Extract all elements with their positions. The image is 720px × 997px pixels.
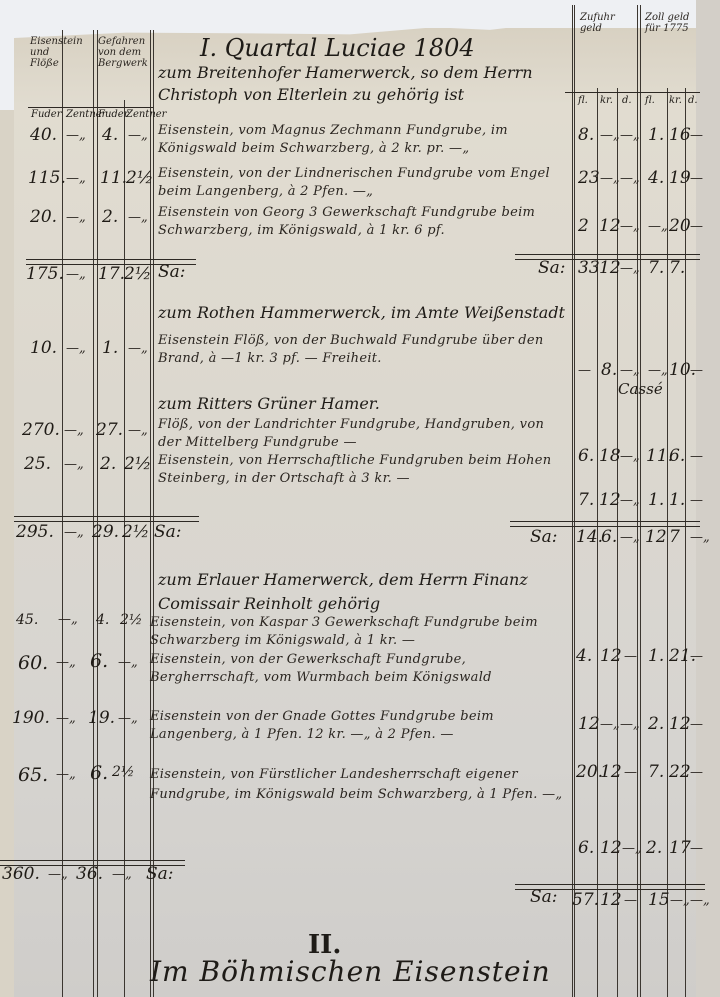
toll-fl: 4. xyxy=(648,168,664,188)
toll-kr: 20 xyxy=(669,216,691,236)
toll-d: — xyxy=(690,171,703,186)
carried-fuder: 11. xyxy=(100,168,127,188)
total-amount-kr: 12 xyxy=(599,258,621,278)
summa-label: Sa: xyxy=(146,864,174,884)
summa-label-right: Sa: xyxy=(538,258,566,278)
toll-d: — xyxy=(690,841,703,856)
subheader: fl. xyxy=(578,95,588,106)
toll-fl: 7. xyxy=(648,762,664,782)
carried-zentner: 2½ xyxy=(124,454,151,474)
quantity-fuder: 60. xyxy=(18,652,48,674)
amount-d: —„ xyxy=(622,841,642,856)
carried-fuder: 6. xyxy=(90,650,108,672)
amount-d: —„ xyxy=(620,493,640,508)
total-amount-fl: 14. xyxy=(576,527,603,547)
section-title-rothen-hammer: zum Rothen Hammerwerck, im Amte Weißenst… xyxy=(158,302,568,324)
toll-fl: 2. xyxy=(646,838,662,858)
total-toll-fl: 12 xyxy=(645,527,667,547)
header-gefahren: Gefahren von dem Bergwerk xyxy=(98,36,148,69)
toll-kr: 1. xyxy=(669,490,685,510)
amount-d: —„ xyxy=(620,128,640,143)
toll-kr: 22 xyxy=(669,762,691,782)
amount-kr: 12 xyxy=(599,216,621,236)
amount-kr: —„ xyxy=(600,717,620,732)
amount-d: — xyxy=(624,765,637,780)
toll-d: — xyxy=(690,449,703,464)
carried-zentner: —„ xyxy=(128,210,148,225)
carried-fuder: 4. xyxy=(102,125,118,145)
amount-fl: 6. xyxy=(578,446,594,466)
entry-description: Eisenstein, von der Lindnerischen Fundgr… xyxy=(158,165,568,201)
ledger-heading: I. Quartal Luciae 1804 xyxy=(200,34,475,62)
total-carried-zentner: 2½ xyxy=(124,264,151,284)
carried-zentner: —„ xyxy=(118,655,138,670)
summa-label-right: Sa: xyxy=(530,527,558,547)
carried-zentner: 2½ xyxy=(112,764,134,780)
entry-description: Eisenstein Flöß, von der Buchwald Fundgr… xyxy=(158,332,568,368)
total-zentner: —„ xyxy=(64,525,84,540)
carried-fuder: 19. xyxy=(88,708,115,728)
amount-fl: 23 xyxy=(578,168,600,188)
toll-kr: 19 xyxy=(669,168,691,188)
subheader: Zentner xyxy=(126,109,166,120)
carried-zentner: —„ xyxy=(128,128,148,143)
quantity-zentner: —„ xyxy=(64,457,84,472)
subheader: d. xyxy=(688,95,698,106)
quantity-zentner: —„ xyxy=(56,655,76,670)
entry-description: Eisenstein von der Gnade Gottes Fundgrub… xyxy=(150,708,568,744)
quantity-fuder: 10. xyxy=(30,338,57,358)
amount-fl: 8. xyxy=(578,125,594,145)
amount-d: — xyxy=(624,649,637,664)
quantity-zentner: —„ xyxy=(66,210,86,225)
entry-description: Eisenstein, von Herrschaftliche Fundgrub… xyxy=(158,452,568,488)
carried-zentner: —„ xyxy=(128,423,148,438)
toll-kr: 17 xyxy=(669,838,691,858)
amount-kr: 12 xyxy=(599,490,621,510)
subheader: kr. xyxy=(669,95,682,106)
total-amount-d: —„ xyxy=(620,530,640,545)
header-rule-left xyxy=(28,107,153,108)
toll-d: — xyxy=(690,219,703,234)
amount-kr: 8. xyxy=(601,360,617,380)
toll-kr: 16 xyxy=(669,125,691,145)
carried-zentner: 2½ xyxy=(126,168,153,188)
summa-label: Sa: xyxy=(158,262,186,282)
total-fuder: 360. xyxy=(2,864,40,884)
header-rule-right xyxy=(565,92,700,93)
amount-fl: 20. xyxy=(576,762,603,782)
carried-fuder: 6. xyxy=(90,762,108,784)
subheader: kr. xyxy=(600,95,613,106)
total-amount-kr: 12 xyxy=(600,890,622,910)
amount-d: —„ xyxy=(620,363,640,378)
entry-description: Flöß, von der Landrichter Fundgrube, Han… xyxy=(158,416,568,452)
entry-description: Eisenstein, von Fürstlicher Landesherrsc… xyxy=(150,765,568,805)
next-section-title: Im Böhmischen Eisenstein xyxy=(150,955,551,988)
amount-kr: —„ xyxy=(600,128,620,143)
carried-fuder: 27. xyxy=(96,420,123,440)
total-zentner: —„ xyxy=(48,867,68,882)
quantity-fuder: 20. xyxy=(30,207,57,227)
total-carried-zentner: —„ xyxy=(112,867,132,882)
quantity-zentner: —„ xyxy=(66,128,86,143)
toll-fl: 1. xyxy=(648,125,664,145)
section-title-ritters-gruener: zum Ritters Grüner Hamer. xyxy=(158,394,380,413)
toll-d: — xyxy=(690,717,703,732)
entry-description: Eisenstein von Georg 3 Gewerkschaft Fund… xyxy=(158,204,568,240)
total-amount-d: — xyxy=(624,893,637,908)
amount-d: —„ xyxy=(620,219,640,234)
quantity-fuder: 40. xyxy=(30,125,57,145)
toll-fl: 2. xyxy=(648,714,664,734)
toll-fl: 1. xyxy=(648,646,664,666)
header-eisenstein: Eisenstein und Flöße xyxy=(30,36,64,69)
amount-d: —„ xyxy=(620,717,640,732)
quantity-fuder: 65. xyxy=(18,764,48,786)
quantity-zentner: —„ xyxy=(66,171,86,186)
amount-fl: 2 xyxy=(578,216,589,236)
total-amount-fl: 57. xyxy=(572,890,599,910)
total-carried-fuder: 29. xyxy=(92,522,119,542)
quantity-zentner: —„ xyxy=(64,423,84,438)
amount-fl: 6. xyxy=(578,838,594,858)
header-zollgeld: Zoll geld für 1775 xyxy=(645,12,697,34)
toll-kr: 12 xyxy=(669,714,691,734)
quantity-fuder: 25. xyxy=(24,454,51,474)
total-toll-d: —„ xyxy=(690,893,710,908)
amount-kr: 12 xyxy=(600,762,622,782)
total-toll-d: —„ xyxy=(690,530,710,545)
total-toll-kr: 7. xyxy=(669,258,685,278)
summa-label-right: Sa: xyxy=(530,887,558,907)
carried-fuder: 1. xyxy=(102,338,118,358)
amount-kr: —„ xyxy=(600,171,620,186)
carried-zentner: 2½ xyxy=(120,612,142,628)
amount-fl: 12 xyxy=(578,714,600,734)
amount-d: —„ xyxy=(620,171,640,186)
total-carried-zentner: 2½ xyxy=(122,522,149,542)
carried-zentner: —„ xyxy=(118,711,138,726)
total-amount-d: —„ xyxy=(620,261,640,276)
total-carried-fuder: 36. xyxy=(76,864,103,884)
toll-d: — xyxy=(690,493,703,508)
toll-fl: —„ xyxy=(648,219,668,234)
total-fuder: 175. xyxy=(26,264,64,284)
entry-description: Eisenstein, von der Gewerkschaft Fundgru… xyxy=(150,651,568,687)
total-fuder: 295. xyxy=(16,522,54,542)
toll-d: — xyxy=(690,363,703,378)
entry-description: Eisenstein, von Kaspar 3 Gewerkschaft Fu… xyxy=(150,614,568,650)
toll-fl: —„ xyxy=(648,363,668,378)
column-rule xyxy=(97,30,98,997)
toll-d: — xyxy=(690,765,703,780)
carried-fuder: 4. xyxy=(96,612,109,628)
subheader: Fuder xyxy=(98,109,128,120)
amount-kr: 12 xyxy=(600,646,622,666)
header-zufuhrgeld: Zufuhr geld xyxy=(580,12,630,34)
quantity-zentner: —„ xyxy=(66,341,86,356)
amount-fl: — xyxy=(578,363,591,378)
section-title-breitenhof: zum Breitenhofer Hamerwerck, so dem Herr… xyxy=(158,62,568,106)
quantity-zentner: —„ xyxy=(58,612,78,627)
total-amount-kr: 6. xyxy=(601,527,617,547)
toll-d: — xyxy=(690,649,703,664)
cassé-margin-note: Cassé xyxy=(618,380,663,398)
amount-kr: 12 xyxy=(600,838,622,858)
column-rule xyxy=(93,30,94,997)
quantity-zentner: —„ xyxy=(56,767,76,782)
amount-kr: 18 xyxy=(599,446,621,466)
subheader: Fuder xyxy=(31,109,61,120)
amount-fl: 7. xyxy=(578,490,594,510)
toll-kr: 6. xyxy=(669,446,685,466)
carried-zentner: —„ xyxy=(128,341,148,356)
column-rule xyxy=(574,5,575,997)
total-toll-fl: 15 xyxy=(648,890,670,910)
amount-d: —„ xyxy=(620,449,640,464)
quantity-fuder: 115. xyxy=(28,168,66,188)
toll-d: — xyxy=(690,128,703,143)
quantity-fuder: 190. xyxy=(12,708,50,728)
subheader: d. xyxy=(622,95,632,106)
amount-fl: 4. xyxy=(576,646,592,666)
quantity-fuder: 45. xyxy=(16,612,38,628)
total-amount-fl: 33 xyxy=(578,258,600,278)
section-title-erlauer: zum Erlauer Hamerwerck, dem Herrn Finanz… xyxy=(158,568,568,616)
entry-description: Eisenstein, vom Magnus Zechmann Fundgrub… xyxy=(158,122,568,158)
subheader: fl. xyxy=(645,95,655,106)
carried-fuder: 2. xyxy=(100,454,116,474)
summa-label: Sa: xyxy=(154,522,182,542)
total-toll-fl: 7. xyxy=(648,258,664,278)
total-toll-kr: —„ xyxy=(670,893,690,908)
total-toll-kr: 7 xyxy=(669,527,680,547)
column-rule xyxy=(572,5,573,997)
carried-fuder: 2. xyxy=(102,207,118,227)
quantity-fuder: 270. xyxy=(22,420,60,440)
total-carried-fuder: 17. xyxy=(98,264,125,284)
toll-fl: 1. xyxy=(648,490,664,510)
total-zentner: —„ xyxy=(66,267,86,282)
quantity-zentner: —„ xyxy=(56,711,76,726)
